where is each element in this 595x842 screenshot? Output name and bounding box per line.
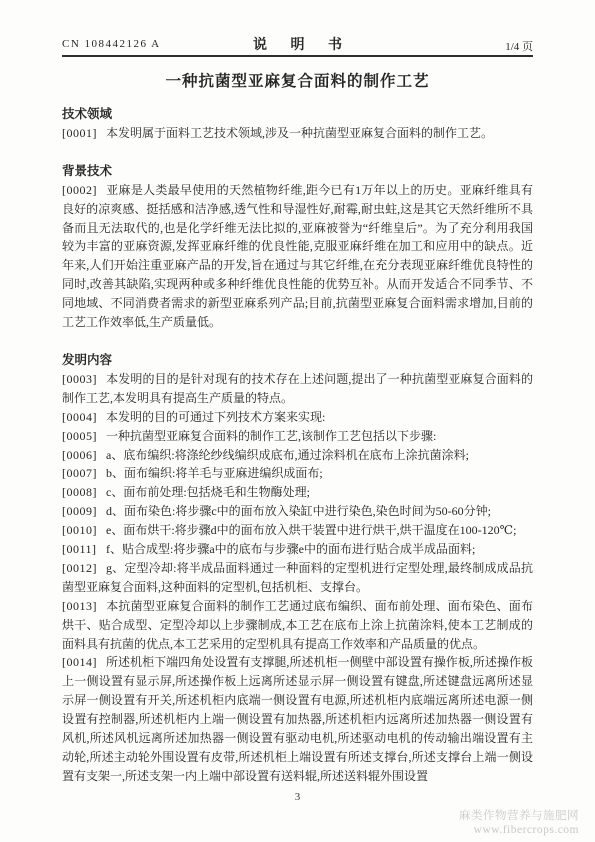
paragraph-number: [0010] <box>62 521 106 540</box>
invention-title: 一种抗菌型亚麻复合面料的制作工艺 <box>0 69 595 91</box>
paragraph-text: a、底布编织:将涤纶纱线编织成底布,通过涂料机在底布上涂抗菌涂料; <box>106 448 469 462</box>
paragraph-text: 本抗菌型亚麻复合面料的制作工艺通过底布编织、面布前处理、面布染色、面布烘干、贴合… <box>62 599 533 651</box>
paragraph: [0007]b、面布编织:将羊毛与亚麻进编织成面布; <box>62 464 533 483</box>
paragraph: [0002]亚麻是人类最早使用的天然植物纤维,距今已有1万年以上的历史。亚麻纤维… <box>62 181 533 332</box>
paragraph-number: [0014] <box>62 653 106 672</box>
paragraph-number: [0009] <box>62 502 106 521</box>
section-heading: 技术领域 <box>62 105 533 124</box>
paragraph-number: [0011] <box>62 540 106 559</box>
paragraph-number: [0003] <box>62 370 106 389</box>
patent-specification-page: CN 108442126 A 说 明 书 1/4 页 一种抗菌型亚麻复合面料的制… <box>0 0 595 842</box>
paragraph-number: [0005] <box>62 427 106 446</box>
paragraph: [0005]一种抗菌型亚麻复合面料的制作工艺,该制作工艺包括以下步骤: <box>62 427 533 446</box>
paragraph-text: g、定型冷却:将半成品面料通过一种面料的定型机进行定型处理,最终制成成品抗菌型亚… <box>62 561 533 594</box>
paragraph: [0003]本发明的目的是针对现有的技术存在上述问题,提出了一种抗菌型亚麻复合面… <box>62 370 533 408</box>
paragraph-text: 一种抗菌型亚麻复合面料的制作工艺,该制作工艺包括以下步骤: <box>106 429 436 443</box>
paragraph: [0012]g、定型冷却:将半成品面料通过一种面料的定型机进行定型处理,最终制成… <box>62 559 533 597</box>
paragraph-number: [0008] <box>62 483 106 502</box>
paragraph-text: d、面布染色:将步骤c中的面布放入染缸中进行染色,染色时间为50-60分钟; <box>106 504 491 518</box>
paragraph: [0001]本发明属于面料工艺技术领域,涉及一种抗菌型亚麻复合面料的制作工艺。 <box>62 124 533 143</box>
watermark-site-url: www.fibercrops.com <box>459 824 579 838</box>
paragraph-text: e、面布烘干:将步骤d中的面布放入烘干装置中进行烘干,烘干温度在100-120℃… <box>106 523 516 537</box>
paragraph-text: 本发明的目的可通过下列技术方案来实现: <box>106 410 325 424</box>
section-heading: 背景技术 <box>62 162 533 181</box>
paragraph-text: 所述机柜下端四角处设置有支撑腿,所述机柜一侧壁中部设置有操作板,所述操作板上一侧… <box>62 655 533 782</box>
document-type-label: 说 明 书 <box>62 34 533 54</box>
paragraph-number: [0012] <box>62 559 106 578</box>
paragraph-text: f、贴合成型:将步骤a中的底布与步骤e中的面布进行贴合成半成品面料; <box>106 542 475 556</box>
paragraph: [0006]a、底布编织:将涤纶纱线编织成底布,通过涂料机在底布上涂抗菌涂料; <box>62 446 533 465</box>
page-indicator: 1/4 页 <box>505 38 533 54</box>
paragraph-text: 本发明属于面料工艺技术领域,涉及一种抗菌型亚麻复合面料的制作工艺。 <box>106 126 493 140</box>
paragraph-text: c、面布前处理:包括烧毛和生物酶处理; <box>106 485 310 499</box>
document-body: 技术领域[0001]本发明属于面料工艺技术领域,涉及一种抗菌型亚麻复合面料的制作… <box>62 105 533 786</box>
paragraph-number: [0007] <box>62 464 106 483</box>
paragraph-text: b、面布编织:将羊毛与亚麻进编织成面布; <box>106 466 323 480</box>
paragraph-number: [0001] <box>62 124 106 143</box>
watermark: 麻类作物营养与施肥网 www.fibercrops.com <box>459 810 579 837</box>
paragraph: [0013]本抗菌型亚麻复合面料的制作工艺通过底布编织、面布前处理、面布染色、面… <box>62 597 533 654</box>
watermark-site-name: 麻类作物营养与施肥网 <box>459 810 579 824</box>
paragraph-number: [0004] <box>62 408 106 427</box>
paragraph: [0010]e、面布烘干:将步骤d中的面布放入烘干装置中进行烘干,烘干温度在10… <box>62 521 533 540</box>
paragraph-number: [0002] <box>62 181 106 200</box>
paragraph-text: 本发明的目的是针对现有的技术存在上述问题,提出了一种抗菌型亚麻复合面料的制作工艺… <box>62 372 533 405</box>
page-header: CN 108442126 A 说 明 书 1/4 页 <box>62 36 533 57</box>
paragraph-text: 亚麻是人类最早使用的天然植物纤维,距今已有1万年以上的历史。亚麻纤维具有良好的凉… <box>62 183 533 329</box>
section-heading: 发明内容 <box>62 351 533 370</box>
paragraph-number: [0013] <box>62 597 106 616</box>
paragraph: [0011]f、贴合成型:将步骤a中的底布与步骤e中的面布进行贴合成半成品面料; <box>62 540 533 559</box>
paragraph: [0014]所述机柜下端四角处设置有支撑腿,所述机柜一侧壁中部设置有操作板,所述… <box>62 653 533 785</box>
paragraph: [0004]本发明的目的可通过下列技术方案来实现: <box>62 408 533 427</box>
page-number: 3 <box>0 791 595 803</box>
paragraph-number: [0006] <box>62 446 106 465</box>
paragraph: [0008]c、面布前处理:包括烧毛和生物酶处理; <box>62 483 533 502</box>
paragraph: [0009]d、面布染色:将步骤c中的面布放入染缸中进行染色,染色时间为50-6… <box>62 502 533 521</box>
